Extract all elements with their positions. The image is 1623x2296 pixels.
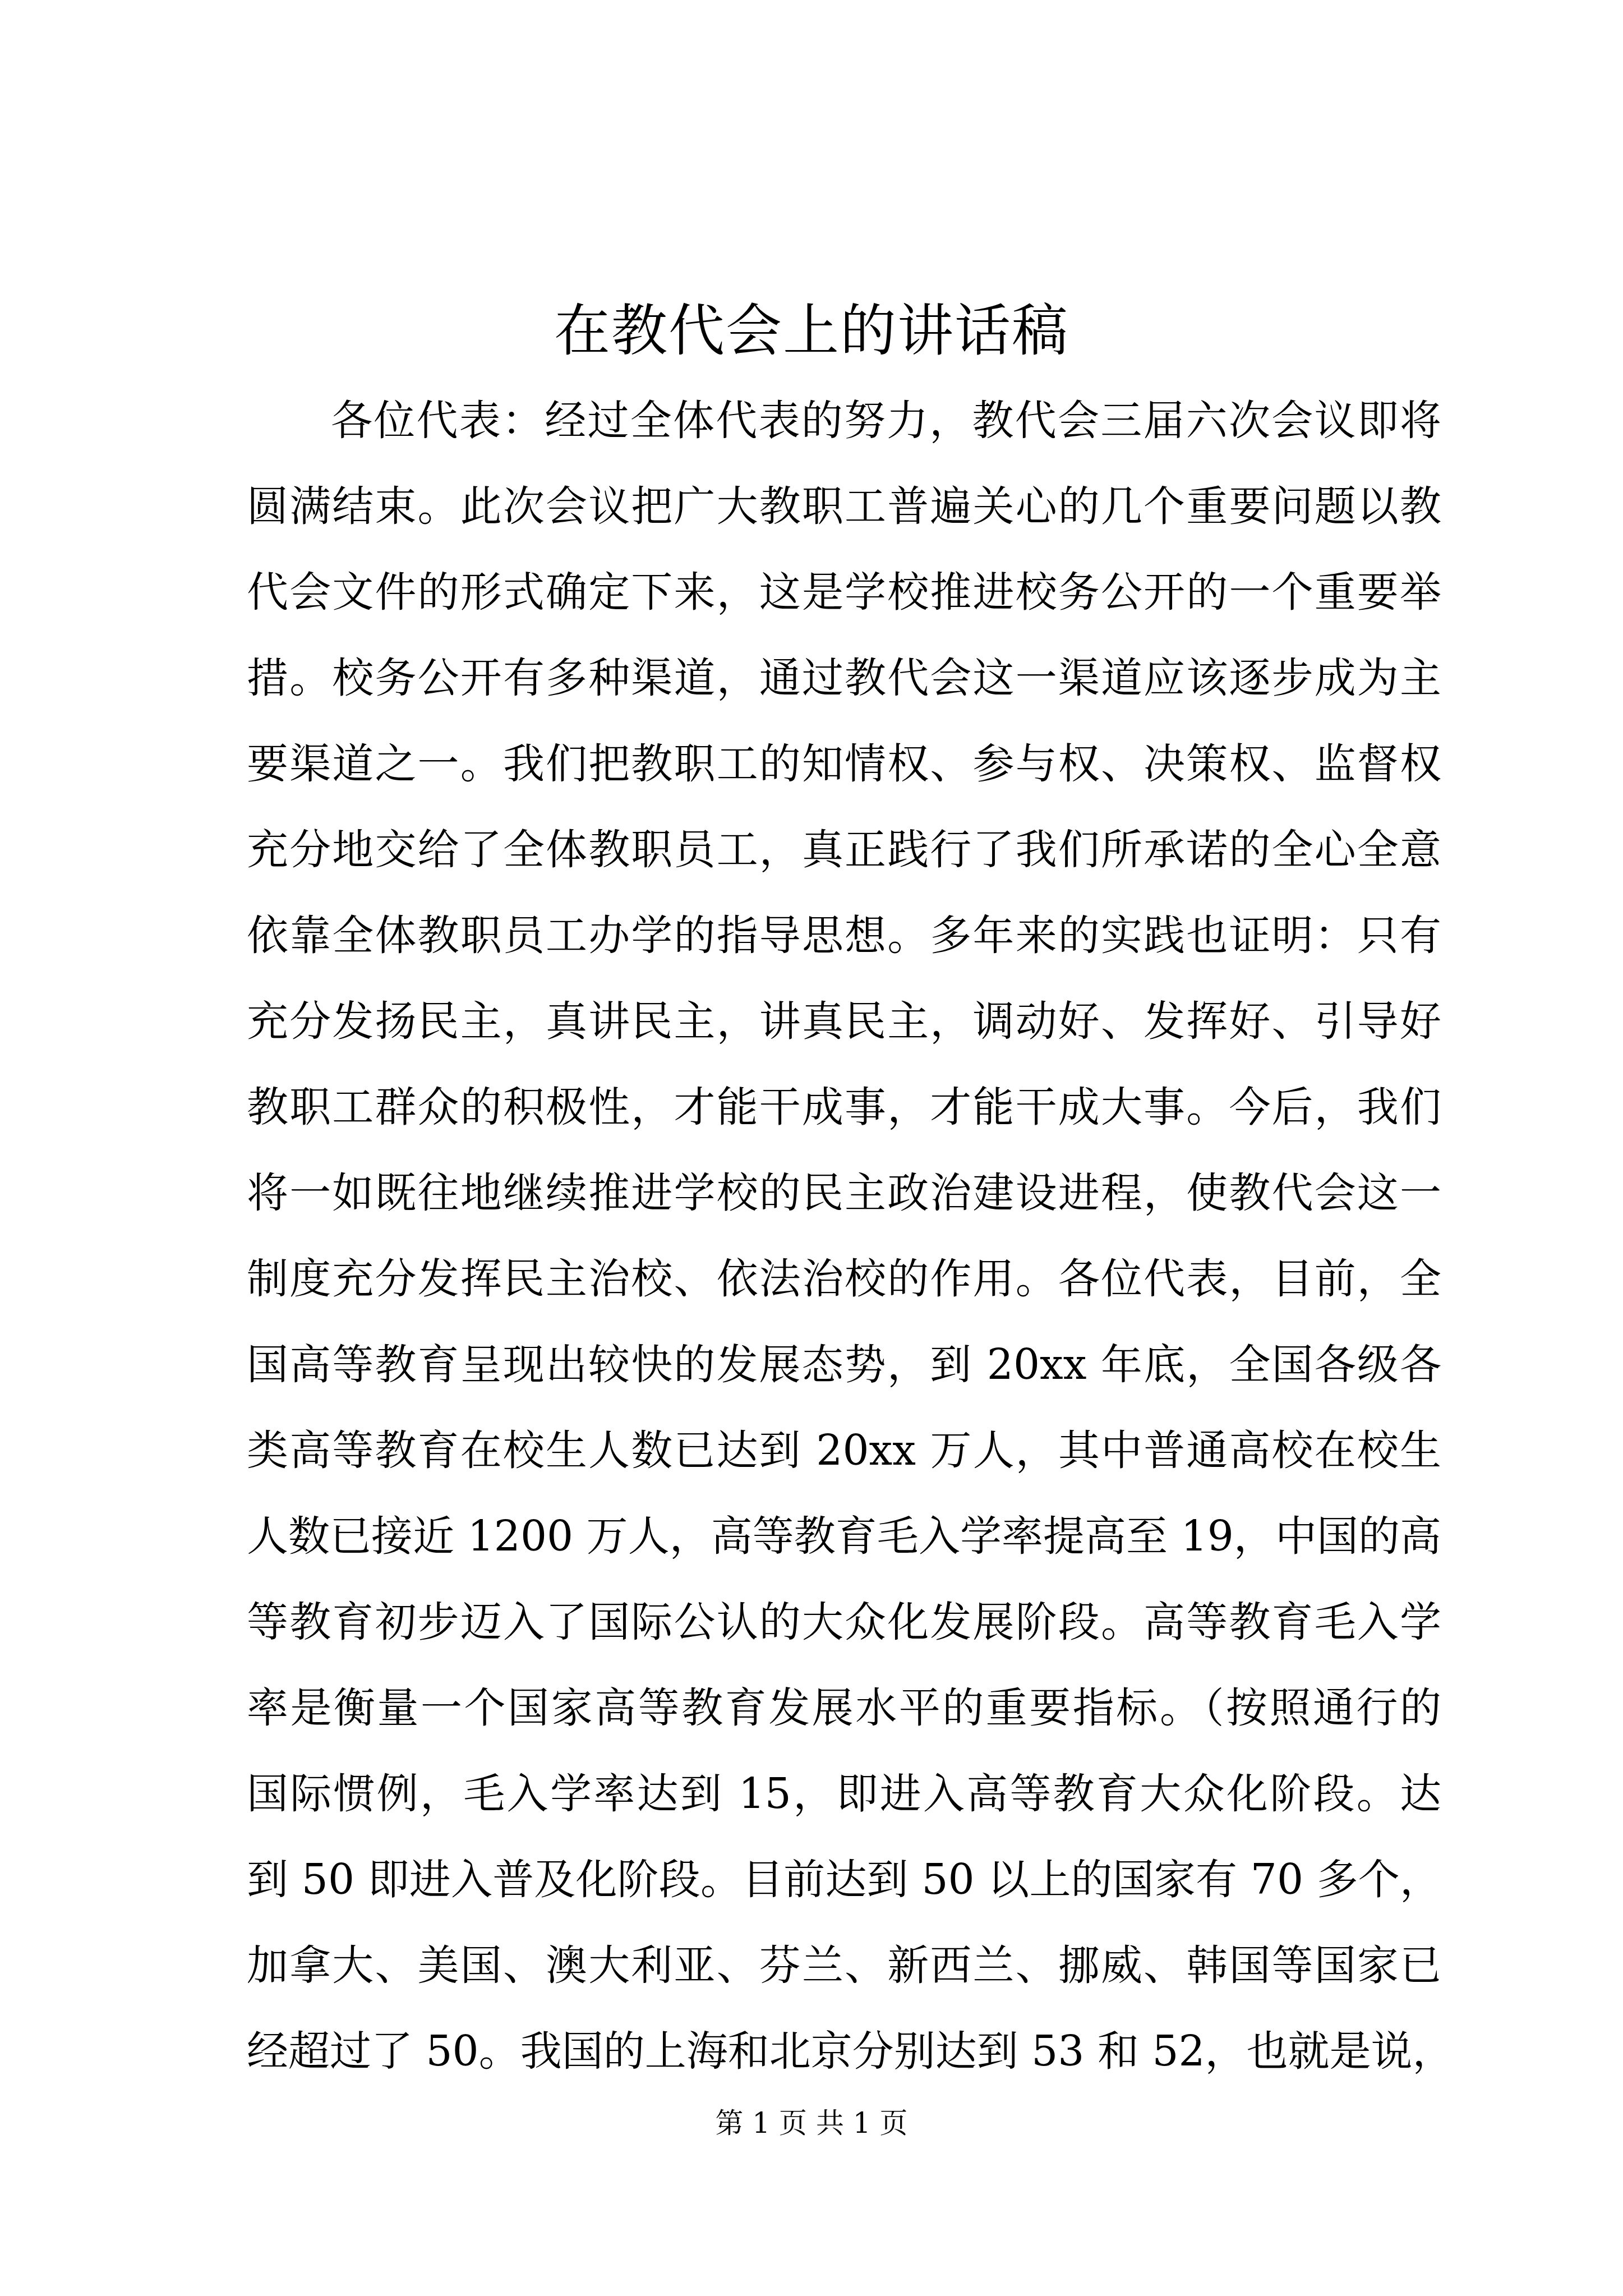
body-line: 圆满结束。此次会议把广大教职工普遍关心的几个重要问题以教 <box>247 473 1441 559</box>
page-footer: 第 1 页 共 1 页 <box>0 2101 1623 2146</box>
body-line: 率是衡量一个国家高等教育发展水平的重要指标。（按照通行的 <box>247 1674 1441 1760</box>
body-line: 经超过了 50。我国的上海和北京分别达到 53 和 52，也就是说， <box>247 2018 1441 2104</box>
document-title: 在教代会上的讲话稿 <box>0 292 1623 370</box>
document-page: 在教代会上的讲话稿 各位代表：经过全体代表的努力，教代会三届六次会议即将 圆满结… <box>0 0 1623 2296</box>
body-line: 将一如既往地继续推进学校的民主政治建设进程，使教代会这一 <box>247 1159 1441 1245</box>
body-line: 国高等教育呈现出较快的发展态势，到 20xx 年底，全国各级各 <box>247 1331 1441 1417</box>
body-line: 充分发扬民主，真讲民主，讲真民主，调动好、发挥好、引导好 <box>247 988 1441 1074</box>
body-line: 各位代表：经过全体代表的努力，教代会三届六次会议即将 <box>247 387 1441 473</box>
body-line: 充分地交给了全体教职员工，真正践行了我们所承诺的全心全意 <box>247 816 1441 902</box>
body-line: 加拿大、美国、澳大利亚、芬兰、新西兰、挪威、韩国等国家已 <box>247 1932 1441 2018</box>
body-line: 措。校务公开有多种渠道，通过教代会这一渠道应该逐步成为主 <box>247 645 1441 730</box>
body-line: 人数已接近 1200 万人，高等教育毛入学率提高至 19，中国的高 <box>247 1503 1441 1589</box>
body-line: 要渠道之一。我们把教职工的知情权、参与权、决策权、监督权 <box>247 730 1441 816</box>
body-line: 教职工群众的积极性，才能干成事，才能干成大事。今后，我们 <box>247 1074 1441 1159</box>
body-line: 等教育初步迈入了国际公认的大众化发展阶段。高等教育毛入学 <box>247 1589 1441 1674</box>
body-line: 国际惯例，毛入学率达到 15，即进入高等教育大众化阶段。达 <box>247 1760 1441 1846</box>
body-line: 类高等教育在校生人数已达到 20xx 万人，其中普通高校在校生 <box>247 1417 1441 1503</box>
body-line: 依靠全体教职员工办学的指导思想。多年来的实践也证明：只有 <box>247 902 1441 988</box>
body-line: 到 50 即进入普及化阶段。目前达到 50 以上的国家有 70 多个， <box>247 1846 1441 1932</box>
body-line: 代会文件的形式确定下来，这是学校推进校务公开的一个重要举 <box>247 559 1441 645</box>
body-line: 制度充分发挥民主治校、依法治校的作用。各位代表，目前，全 <box>247 1245 1441 1331</box>
document-body: 各位代表：经过全体代表的努力，教代会三届六次会议即将 圆满结束。此次会议把广大教… <box>247 387 1441 2104</box>
